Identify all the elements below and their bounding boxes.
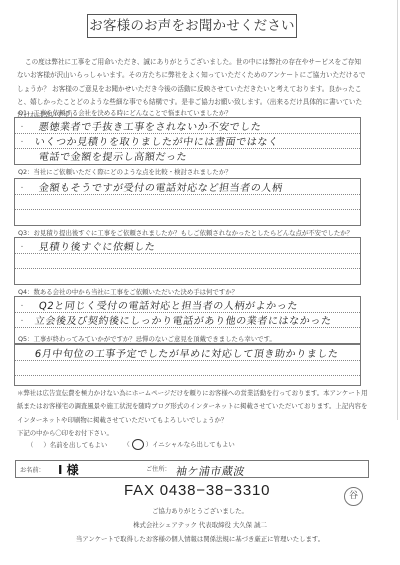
question-5-label: Q5：工事が終わってみていかがですか？忌憚のないご意見を頂戴できましたら幸いです…	[18, 334, 276, 343]
answer-line-2: 立会後及び契約後にしっかり電話があり他の業者にはなかった	[34, 312, 333, 327]
question-2-answer-box[interactable]: ・金額もそうですが受付の電話対応など担当者の人柄	[14, 178, 361, 226]
name-address-box: お名前： I 様 ご住所： 袖ケ浦市蔵波	[15, 460, 369, 478]
choice-name[interactable]: （）名前を出してもよい	[27, 440, 107, 449]
answer-line-1: 6月中旬位の工事予定でしたが早めに対応して頂き助かりました	[34, 345, 340, 360]
question-3-label: Q3：お見積り提出後すぐに工事をご依頼されましたか？もしご依頼されなかったとした…	[18, 228, 353, 237]
fax-number: FAX 0438−38−3310	[124, 482, 270, 499]
bullet: ・	[19, 316, 25, 325]
publication-notice: ＊弊社は広告宣伝費を極力かけない為にホームページだけを頼りにお客様への営業活動を…	[17, 387, 372, 441]
address-value[interactable]: 袖ケ浦市蔵波	[175, 463, 247, 479]
answer-line-1: 金額もそうですが受付の電話対応など担当者の人柄	[38, 179, 284, 194]
answer-line-3: 電話で金額を提示し高額だった	[38, 148, 189, 163]
publication-choices: （）名前を出してもよい （）イニシャルなら出してもよい	[27, 439, 249, 450]
footer-company: 株式会社シェアテック 代表取締役 大久保 誠二	[0, 520, 400, 529]
page-edge	[397, 0, 398, 420]
notice-text: ＊弊社は広告宣伝費を極力かけない為にホームページだけを頼りにお客様への営業活動を…	[17, 389, 367, 424]
question-4-label: Q4：数ある会社の中から当社に工事をご依頼いただいた決め手は何ですか？	[18, 287, 238, 296]
bullet: ・	[19, 137, 25, 146]
instruction-text: 下記の中から〇印をお付下さい。	[17, 429, 113, 437]
address-label: ご住所：	[146, 464, 171, 473]
choice-initials[interactable]: （）イニシャルなら出してもよい	[123, 439, 234, 450]
question-5-answer-box[interactable]: 6月中旬位の工事予定でしたが早めに対応して頂き助かりました	[14, 344, 361, 386]
question-2-label: Q2：当社にご依頼いただく際にどのような点を比較・検討されましたか？	[18, 167, 232, 176]
answer-line-1: Q2と同じく受付の電話対応と担当者の人柄がよかった	[38, 297, 299, 312]
question-1-label: Q1：工事を依頼する会社を決める時にどんなことで悩まれていましたか？	[18, 108, 232, 117]
choice-initials-label: イニシャルなら出してもよい	[152, 441, 235, 449]
selected-circle-mark	[132, 439, 144, 450]
answer-line-1: 悪徳業者で手抜き工事をされないか不安でした	[38, 118, 263, 133]
footer-privacy: 当アンケートで取得したお客様の個人情報は関係法規に基づき厳正に管理いたします。	[0, 534, 400, 543]
seal-stamp-icon: 谷	[344, 487, 363, 506]
bullet: ・	[19, 122, 25, 131]
name-label: お名前：	[20, 465, 45, 474]
answer-line-1: 見積り後すぐに依頼した	[38, 238, 157, 253]
name-value[interactable]: I 様	[58, 461, 79, 478]
answer-line-2: いくつか見積りを取りましたが中には書面ではなく	[34, 133, 280, 148]
question-1-answer-box[interactable]: ・悪徳業者で手抜き工事をされないか不安でした ・いくつか見積りを取りましたが中に…	[14, 117, 361, 165]
bullet: ・	[19, 301, 25, 310]
page-title: お客様のお声をお聞かせください	[87, 14, 297, 38]
footer-thanks: ご協力ありがとうございました。	[0, 506, 400, 515]
bullet: ・	[19, 183, 25, 192]
question-3-answer-box[interactable]: ・見積り後すぐに依頼した	[14, 237, 361, 285]
choice-name-label: 名前を出してもよい	[50, 441, 108, 449]
bullet: ・	[19, 242, 25, 251]
